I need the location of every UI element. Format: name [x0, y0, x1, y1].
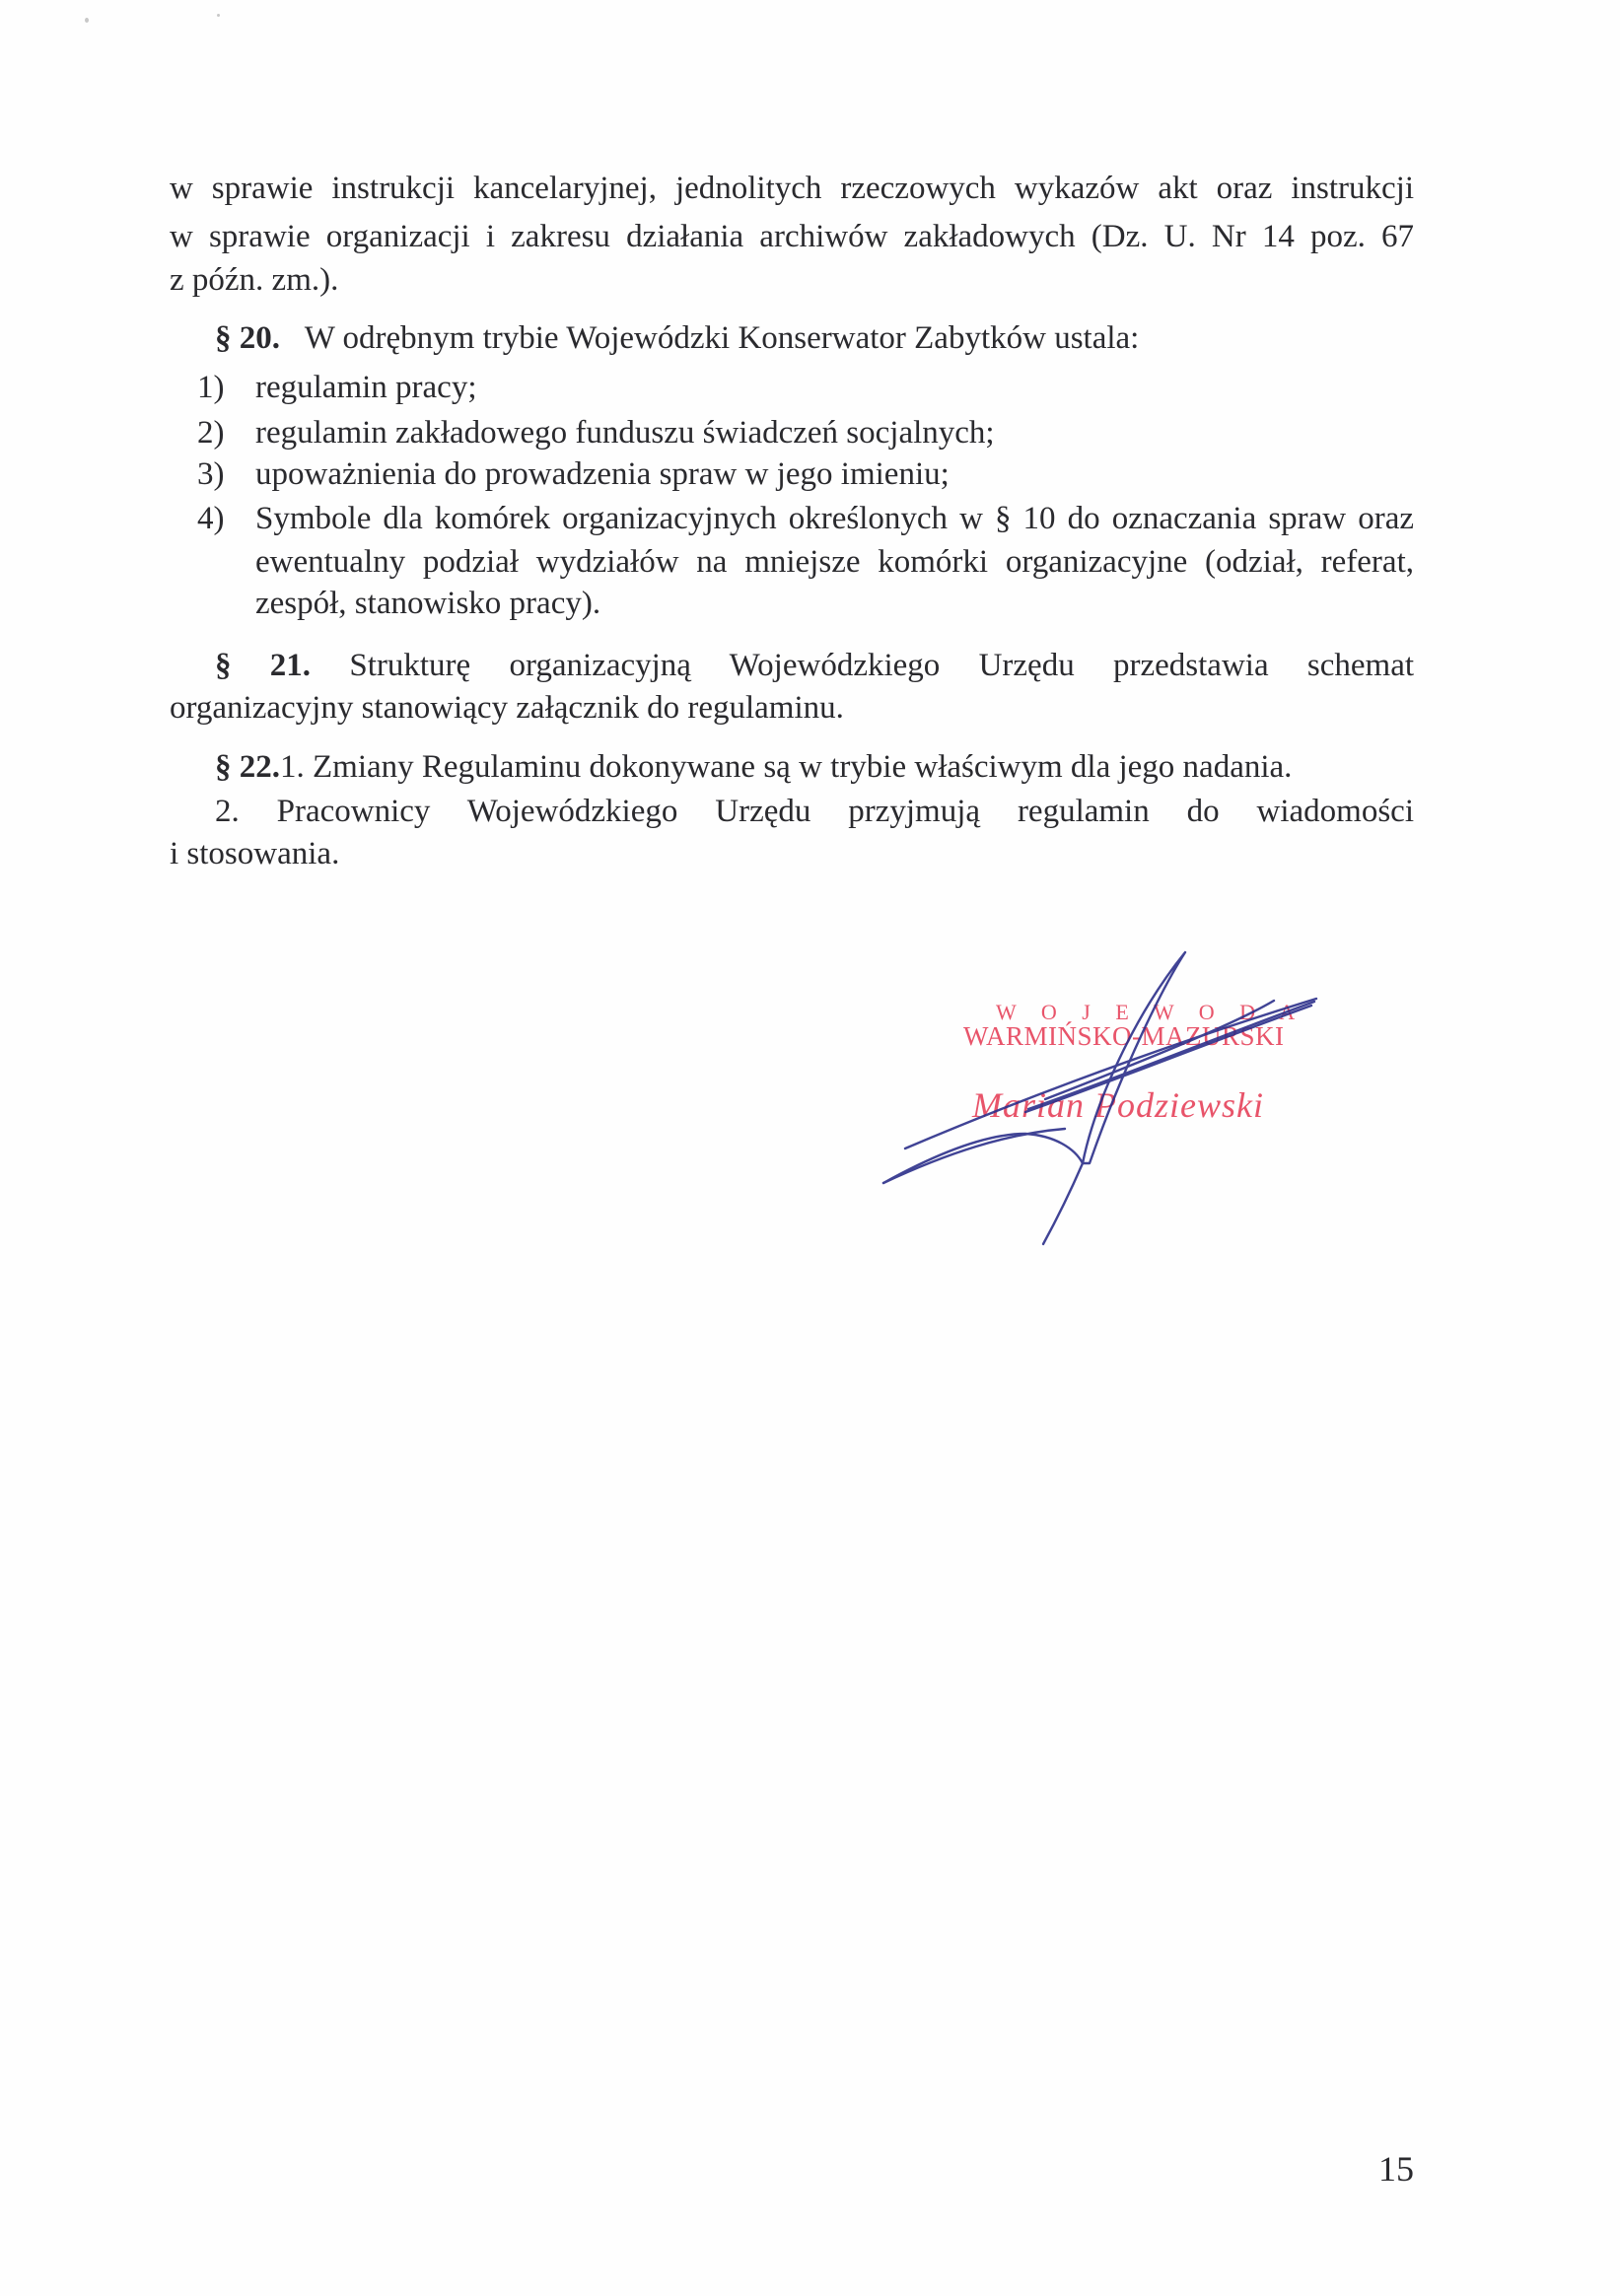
- section-21-line-2: organizacyjny stanowiący załącznik do re…: [170, 688, 1414, 728]
- list-item-text: regulamin zakładowego funduszu świadczeń…: [255, 413, 1414, 452]
- section-22-point-1: 1. Zmiany Regulaminu dokonywane są w try…: [280, 749, 1292, 785]
- list-item-number: 2): [197, 413, 225, 452]
- scan-speck: [85, 18, 89, 23]
- page-number: 15: [1378, 2148, 1414, 2190]
- stamp-region: WARMIŃSKO-MAZURSKI: [963, 1021, 1285, 1052]
- list-item-number: 3): [197, 454, 225, 494]
- section-21-text: Strukturę organizacyjną Wojewódzkiego Ur…: [349, 648, 1414, 683]
- section-20-heading: § 20. W odrębnym trybie Wojewódzki Konse…: [215, 318, 1414, 358]
- intro-line-2: w sprawie organizacji i zakresu działani…: [170, 217, 1414, 256]
- document-page: w sprawie instrukcji kancelaryjnej, jedn…: [0, 0, 1620, 2296]
- section-22-point-2: 2. Pracownicy Wojewódzkiego Urzędu przyj…: [215, 792, 1414, 831]
- scan-speck: [217, 14, 220, 17]
- section-21-heading: § 21. Strukturę organizacyjną Wojewódzki…: [215, 646, 1414, 685]
- list-item-text: ewentualny podział wydziałów na mniejsze…: [255, 542, 1414, 582]
- list-item-text: regulamin pracy;: [255, 368, 1414, 407]
- list-item-number: 1): [197, 368, 225, 407]
- list-item-text: upoważnienia do prowadzenia spraw w jego…: [255, 454, 1414, 494]
- list-item-text: Symbole dla komórek organizacyjnych okre…: [255, 499, 1414, 538]
- section-21-label: § 21.: [215, 648, 311, 683]
- section-22-point-2-cont: i stosowania.: [170, 834, 1414, 873]
- section-20-text: W odrębnym trybie Wojewódzki Konserwator…: [305, 320, 1140, 356]
- section-22-label: § 22.: [215, 749, 280, 785]
- list-item-number: 4): [197, 499, 225, 538]
- section-20-label: § 20.: [215, 320, 280, 356]
- list-item-text: zespół, stanowisko pracy).: [255, 584, 1414, 623]
- section-22-heading: § 22.1. Zmiany Regulaminu dokonywane są …: [215, 747, 1414, 787]
- intro-line-3: z późn. zm.).: [170, 260, 1414, 300]
- stamp-name: Marian Podziewski: [972, 1084, 1264, 1126]
- intro-line-1: w sprawie instrukcji kancelaryjnej, jedn…: [170, 169, 1414, 208]
